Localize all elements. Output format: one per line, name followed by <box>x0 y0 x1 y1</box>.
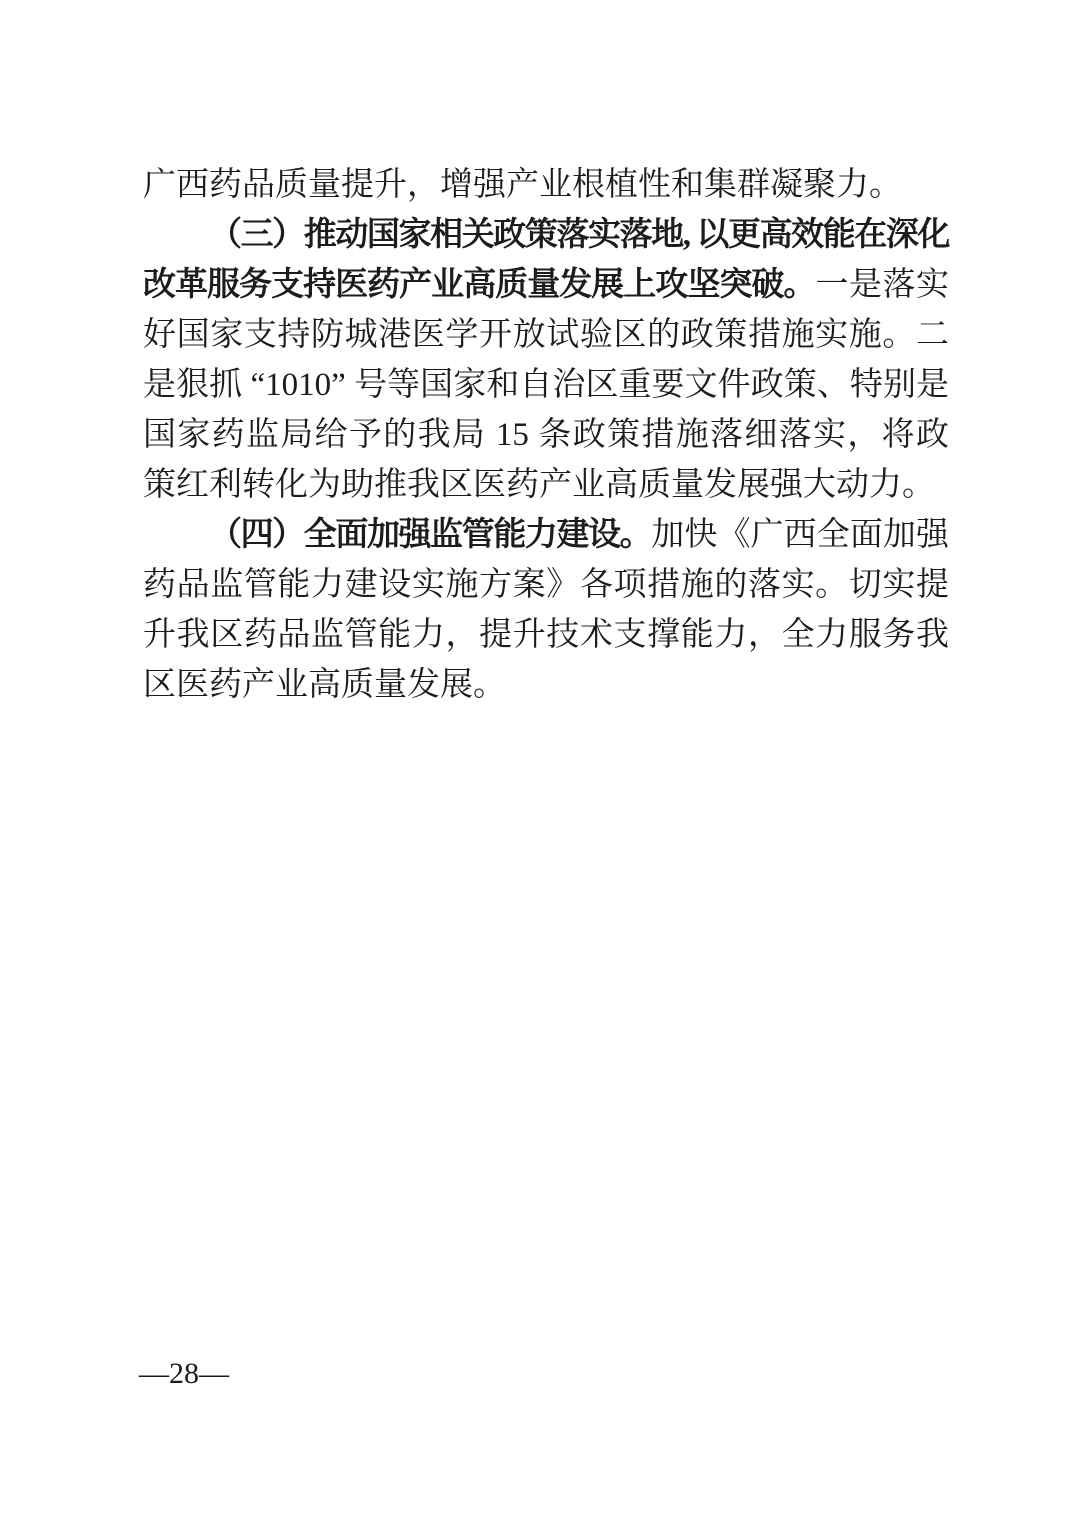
paragraph-text: 广西药品质量提升，增强产业根植性和集群凝聚力。 <box>143 167 902 203</box>
paragraph-section-four: （四）全面加强监管能力建设。加快《广西全面加强药品监管能力建设实施方案》各项措施… <box>143 510 949 710</box>
text-body: 广西药品质量提升，增强产业根植性和集群凝聚力。 （三）推动国家相关政策落实落地,… <box>143 160 949 710</box>
page-number: —28— <box>139 1356 229 1392</box>
paragraph-section-three: （三）推动国家相关政策落实落地, 以更高效能在深化改革服务支持医药产业高质量发展… <box>143 210 949 510</box>
paragraph-continuation: 广西药品质量提升，增强产业根植性和集群凝聚力。 <box>143 160 949 210</box>
document-page: 广西药品质量提升，增强产业根植性和集群凝聚力。 （三）推动国家相关政策落实落地,… <box>0 0 1074 1520</box>
section-four-heading: （四）全面加强监管能力建设。 <box>209 517 651 553</box>
